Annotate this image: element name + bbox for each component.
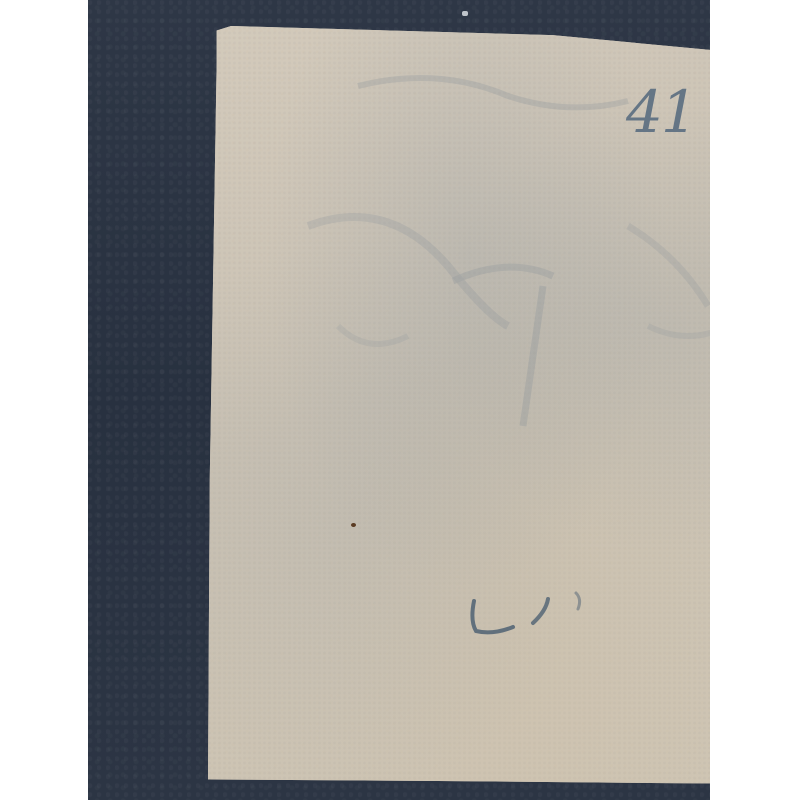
handwritten-catalog-number: 41 — [626, 78, 696, 146]
pencil-scribble — [458, 581, 598, 651]
dark-background-mount: 41 — [88, 0, 710, 800]
brown-stain-spot — [351, 523, 356, 527]
stamp-back: 41 — [208, 26, 710, 784]
dust-speck — [462, 11, 468, 16]
